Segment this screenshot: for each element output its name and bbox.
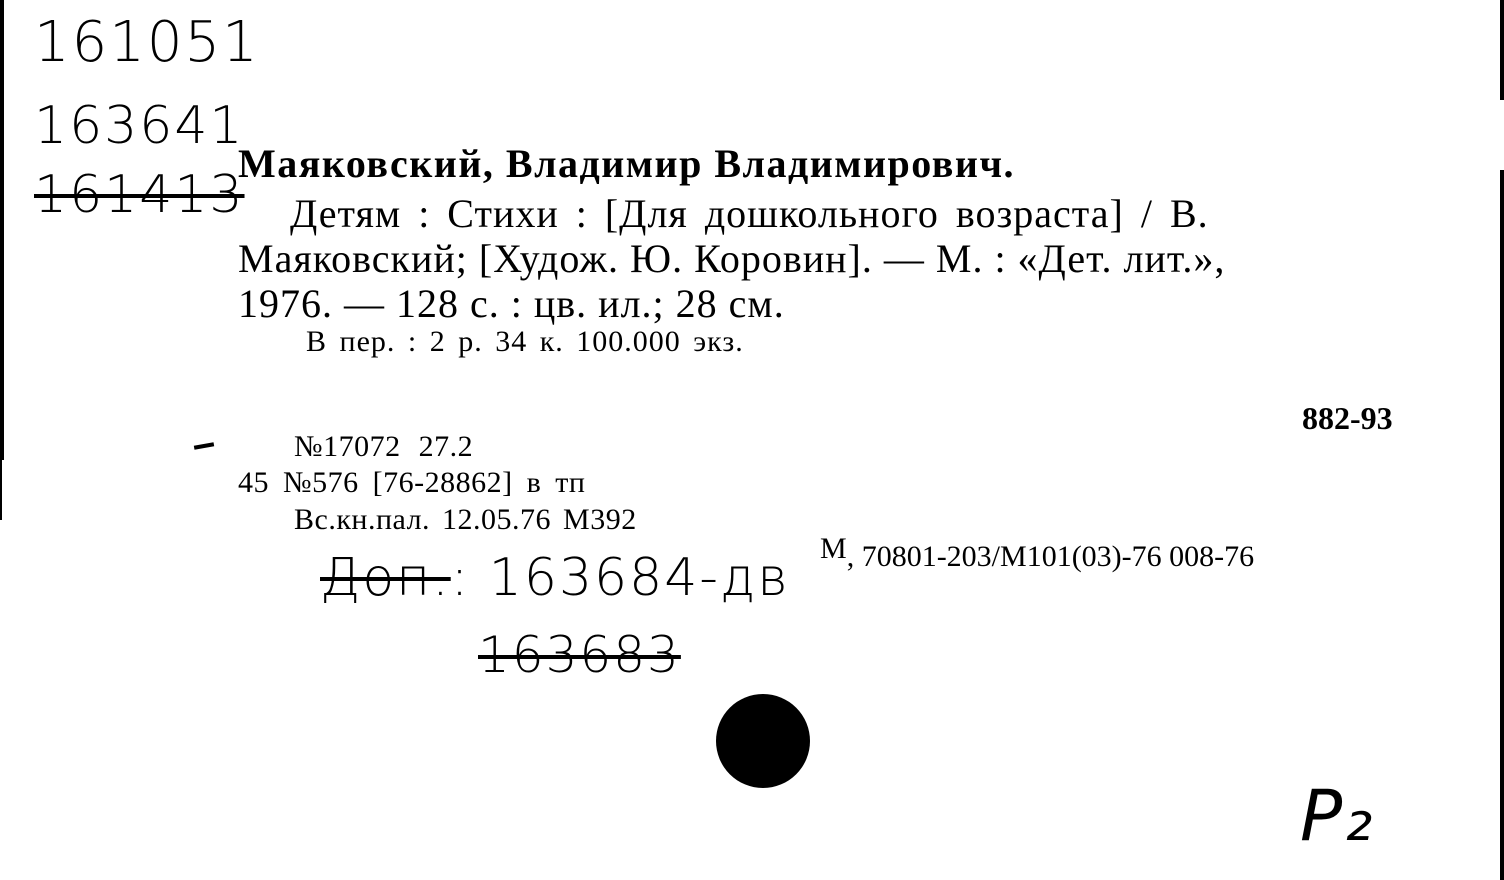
inventory-struck-label: Доп. <box>320 548 451 608</box>
registry-line-1: №17072 27.2 <box>294 430 473 464</box>
handwritten-number-1: 161051 <box>34 10 260 75</box>
inventory-separator: : <box>451 548 489 608</box>
inventory-struck-number: 163683 <box>478 626 681 684</box>
inventory-number: 163684-дв <box>489 548 790 608</box>
registry-line-2: 45 №576 [76-28862] в тп <box>238 466 585 500</box>
corner-mark: Р₂ <box>1300 775 1374 857</box>
price-line: В пер. : 2 р. 34 к. 100.000 экз. <box>306 325 744 359</box>
handwritten-number-struck: 161413 <box>34 165 245 225</box>
handwritten-number-2: 163641 <box>34 96 245 156</box>
isbn-code: М, 70801-203/М101(03)-76 008-76 <box>820 540 1254 574</box>
isbn-prefix: М <box>820 532 847 565</box>
description-line-2: Маяковский; [Худож. Ю. Коровин]. — М. : … <box>238 235 1225 282</box>
classification-code: 882-93 <box>1302 400 1393 437</box>
isbn-comma: , <box>847 540 862 573</box>
description-line-1: Детям : Стихи : [Для дошкольного возраст… <box>290 190 1209 237</box>
catalog-card: 161051 163641 161413 Маяковский, Владими… <box>0 0 1504 880</box>
registry-line-3: Вс.кн.пал. 12.05.76 М392 <box>294 503 637 537</box>
description-line-3: 1976. — 128 с. : цв. ил.; 28 см. <box>238 280 785 327</box>
card-border-gap <box>1500 100 1504 170</box>
card-border-left-lower <box>0 460 2 520</box>
dash-mark <box>194 442 214 449</box>
isbn-body: 70801-203/М101(03)-76 008-76 <box>862 540 1254 573</box>
inventory-entry: Доп.: 163684-дв <box>320 548 790 608</box>
card-border-left <box>0 0 4 460</box>
author-heading: Маяковский, Владимир Владимирович. <box>238 140 1015 187</box>
black-circle-marker-icon <box>716 694 810 788</box>
